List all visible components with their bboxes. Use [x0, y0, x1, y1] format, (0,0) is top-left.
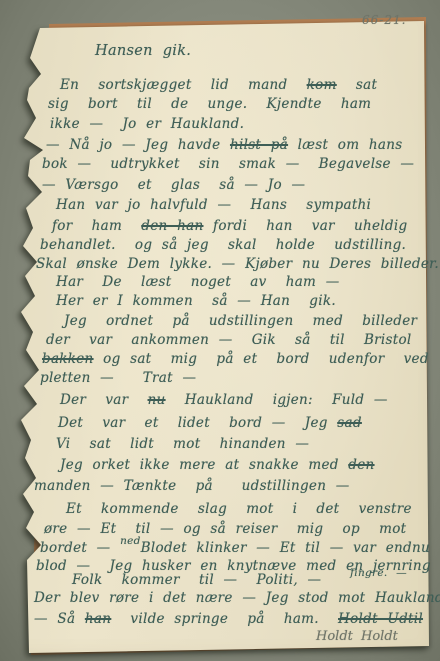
pencil-note: Holdt Holdt [316, 629, 398, 644]
handwriting-line-4: ikke — Jo er Haukland. [50, 118, 244, 132]
handwriting-line-6: bok — udtrykket sin smak — Begavelse — [42, 158, 414, 172]
handwriting-line-7: — Værsgo et glas så — Jo — [42, 179, 305, 193]
handwriting-line-24: øre — Et til — og så reiser mig op mot [44, 523, 406, 537]
page-title: Hansen gik. [95, 44, 191, 59]
handwriting-line-11: Skal ønske Dem lykke. — Kjøber nu Deres … [36, 258, 439, 272]
handwriting-line-5: — Nå jo — Jeg havde hilst på læst om han… [46, 139, 402, 153]
handwriting-line-13: Her er I kommen så — Han gik. [56, 295, 336, 309]
handwriting-line-27: Folk kommer til — Politi, — fingre. — [72, 574, 407, 588]
handwriting-line-15: der var ankommen — Gik så til Bristol [46, 334, 412, 348]
handwriting-line-20: Vi sat lidt mot hinanden — [56, 438, 309, 452]
photo-backdrop: 66-21. Hansen gik.En sortskjægget lid ma… [0, 0, 440, 661]
handwriting-line-25: bordet — nedBlodet klinker — Et til — va… [40, 542, 430, 556]
handwriting-line-28: Der blev røre i det nære — Jeg stod mot … [34, 592, 440, 606]
handwriting-line-16: bakken og sat mig på et bord udenfor ved [42, 353, 429, 367]
handwriting-line-10: behandlet. og så jeg skal holde udstilli… [40, 239, 406, 253]
handwriting-line-8: Han var jo halvfuld — Hans sympathi [56, 199, 371, 213]
handwriting-line-12: Har De læst noget av ham — [56, 276, 340, 290]
handwriting-line-21: Jeg orket ikke mere at snakke med den [60, 459, 375, 473]
handwriting-line-22: manden — Tænkte på udstillingen — [34, 480, 350, 494]
handwriting-line-19: Det var et lidet bord — Jeg sad [58, 417, 362, 431]
handwriting-line-3: sig bort til de unge. Kjendte ham [48, 98, 371, 112]
handwriting-line-2: En sortskjægget lid mand kom sat [60, 79, 377, 93]
handwriting-line-23: Et kommende slag mot i det venstre [66, 503, 412, 517]
handwriting-line-14: Jeg ordnet på udstillingen med billeder [64, 315, 417, 329]
handwriting-line-18: Der var nu Haukland igjen: Fuld — [60, 394, 388, 408]
handwriting-line-29: — Så han vilde springe på ham. Holdt Udt… [34, 613, 423, 627]
handwriting-line-17: pletten — Trat — [40, 372, 196, 386]
manuscript-text: Hansen gik.En sortskjægget lid mand kom … [0, 0, 440, 661]
handwriting-line-9: for ham den han fordi han var uheldig [52, 220, 407, 234]
